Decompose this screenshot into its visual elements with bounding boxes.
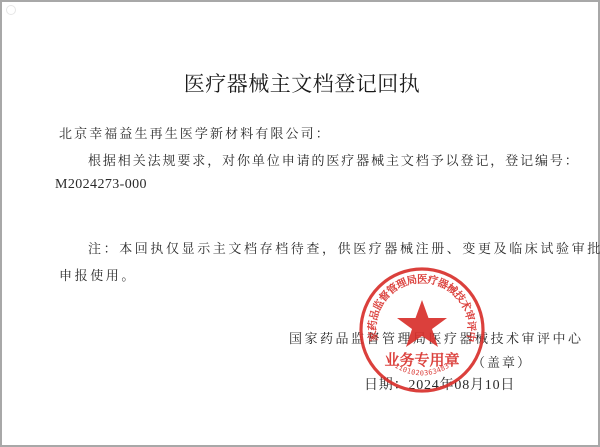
seal-center-text: 业务专用章	[384, 351, 459, 369]
receipt-document: 医疗器械主文档登记回执 北京幸福益生再生医学新材料有限公司： 根据相关法规要求，…	[0, 0, 600, 447]
note-line-1: 注：本回执仅显示主文档存档待查，供医疗器械注册、变更及临床试验审批	[88, 238, 600, 257]
body-paragraph: 根据相关法规要求，对你单位申请的医疗器械主文档予以登记，登记编号：	[88, 150, 580, 169]
registration-number: M2024273-000	[55, 177, 147, 193]
issue-date: 日期：2024年08月10日	[364, 374, 515, 394]
addressee: 北京幸福益生再生医学新材料有限公司：	[59, 123, 331, 142]
document-title: 医疗器械主文档登记回执	[2, 68, 600, 98]
note-line-2: 申报使用。	[59, 265, 137, 284]
issuing-organization: 国家药品监督管理局医疗器械技术审评中心	[289, 328, 584, 347]
stamp-label: （盖章）	[472, 352, 532, 371]
scan-corner-mark	[6, 5, 16, 15]
